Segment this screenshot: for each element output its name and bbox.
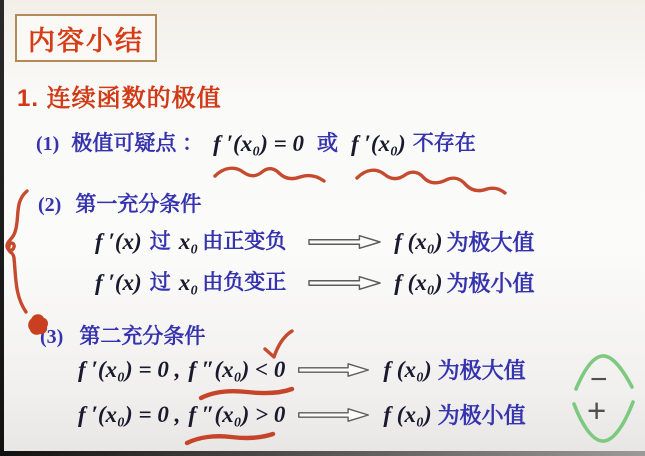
math-x0: x₀ (179, 270, 199, 296)
video-edge-bottom (0, 451, 645, 456)
math-first-deriv-zero: f ′(x₀) = 0 , (78, 357, 180, 383)
pen-annotations-layer (0, 0, 645, 456)
math-first-deriv-zero: f ′(x₀) = 0 , (78, 402, 180, 428)
not-exist-text: 不存在 (413, 132, 476, 156)
item2-row-min: f ′(x) 过 x₀ 由负变正 f (x₀) 为极小值 (95, 270, 535, 296)
item1-title: 极值可疑点 ： (71, 132, 203, 156)
item1-row: (1) 极值可疑点 ： f ′(x₀) = 0 或 f ′(x₀) 不存在 (36, 131, 476, 157)
math-x0: x₀ (179, 229, 199, 255)
section-heading: 1. 连续函数的极值 (17, 78, 222, 113)
math-second-deriv-neg: f ″(x₀) < 0 (188, 357, 285, 383)
math-f-prime: f ′(x₀) (351, 131, 406, 157)
implies-arrow-icon (306, 274, 384, 292)
implies-arrow-icon (297, 406, 371, 424)
item2-title: 第一充分条件 (75, 193, 201, 217)
result-text: 为极大值 (438, 358, 526, 383)
change-text: 由正变负 (202, 230, 286, 254)
minus-sign: − (590, 365, 608, 395)
item3-heading-row: (3) 第二充分条件 (40, 325, 205, 349)
item3-label: (3) (40, 326, 63, 349)
math-f-x0: f (x₀) (383, 402, 431, 428)
item3-title: 第二充分条件 (79, 325, 205, 349)
result-text: 为极小值 (446, 271, 534, 296)
math-f-prime-zero: f ′(x₀) = 0 (213, 131, 304, 157)
red-curly-brace (7, 191, 27, 312)
video-edge-left (0, 0, 4, 456)
pass-text: 过 (150, 271, 171, 295)
item3-row-max: f ′(x₀) = 0 , f ″(x₀) < 0 f (x₀) 为极大值 (78, 357, 526, 383)
pass-text: 过 (150, 230, 171, 254)
result-text: 为极小值 (438, 403, 526, 428)
red-checkmark (265, 331, 292, 357)
math-f-x0: f (x₀) (394, 270, 442, 296)
math-f-prime-x: f ′(x) (95, 229, 142, 255)
red-underline-second-derivative-1 (201, 389, 292, 398)
item2-label: (2) (38, 194, 61, 217)
plus-sign: + (587, 394, 606, 427)
math-second-deriv-pos: f ″(x₀) > 0 (188, 402, 285, 428)
red-squiggle-under-expr-zero (215, 168, 324, 181)
math-f-prime-x: f ′(x) (95, 270, 142, 296)
change-text: 由负变正 (202, 271, 286, 295)
result-text: 为极大值 (446, 230, 534, 255)
implies-arrow-icon (297, 361, 371, 379)
lecture-slide: 内容小结 1. 连续函数的极值 (1) 极值可疑点 ： f ′(x₀) = 0 … (0, 0, 645, 456)
item1-label: (1) (36, 133, 59, 156)
red-squiggle-under-not-exist (357, 170, 505, 193)
implies-arrow-icon (306, 233, 384, 251)
item2-heading-row: (2) 第一充分条件 (38, 193, 201, 217)
item3-row-min: f ′(x₀) = 0 , f ″(x₀) > 0 f (x₀) 为极小值 (78, 402, 526, 428)
math-f-x0: f (x₀) (383, 357, 431, 383)
red-underline-second-derivative-2 (187, 434, 273, 443)
summary-badge: 内容小结 (15, 14, 157, 62)
summary-badge-label: 内容小结 (28, 19, 144, 58)
item2-row-max: f ′(x) 过 x₀ 由正变负 f (x₀) 为极大值 (95, 229, 535, 255)
or-text: 或 (317, 132, 338, 156)
math-f-x0: f (x₀) (394, 229, 442, 255)
